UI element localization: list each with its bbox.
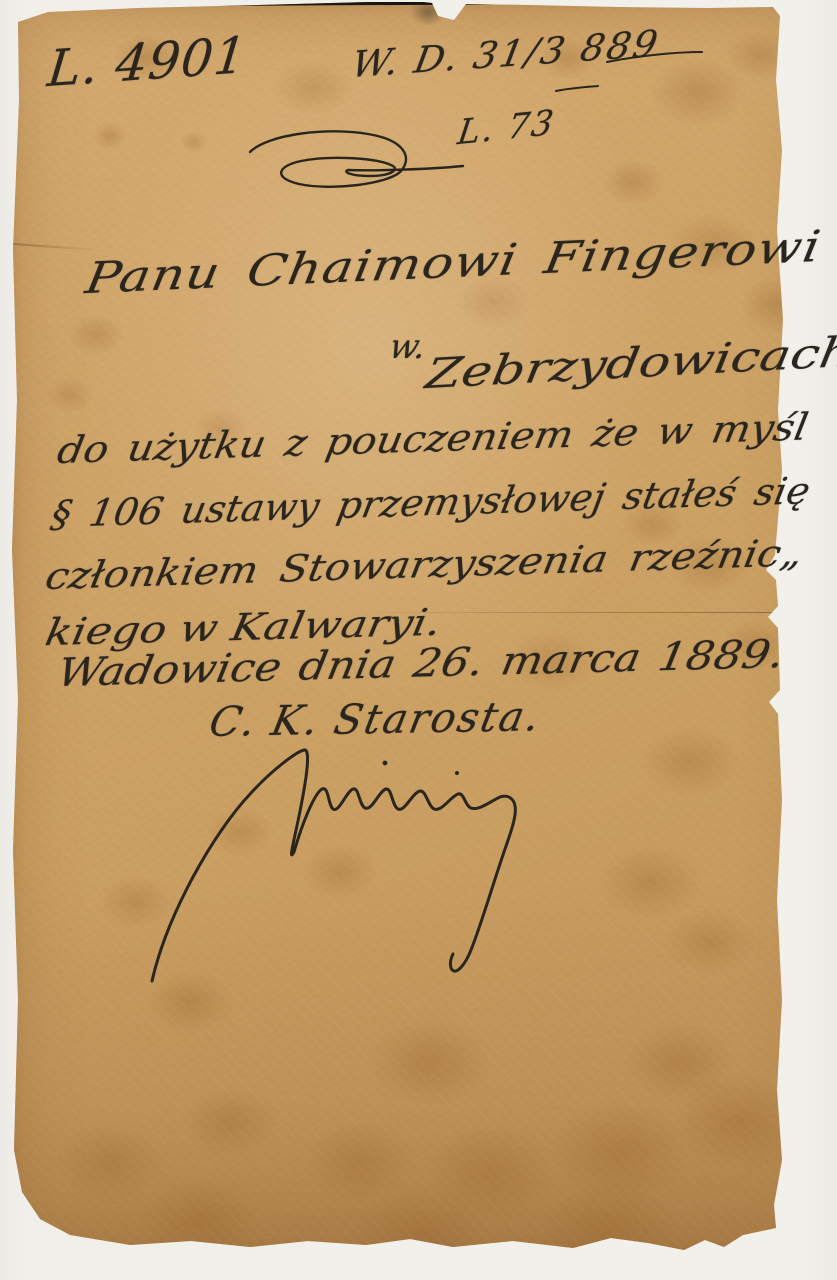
registrar-flourish [250, 131, 463, 186]
date-overline-stroke [607, 52, 702, 62]
ink-marks-overlay [0, 0, 837, 1280]
official-signature [152, 750, 515, 981]
signature-accent-dot [455, 771, 459, 775]
date-dash-stroke [556, 86, 598, 91]
signature-i-dot [383, 761, 388, 766]
scanned-document-page: L. 4901 W. D. 31/3 889 L. 73 Panu Chaimo… [0, 0, 837, 1280]
